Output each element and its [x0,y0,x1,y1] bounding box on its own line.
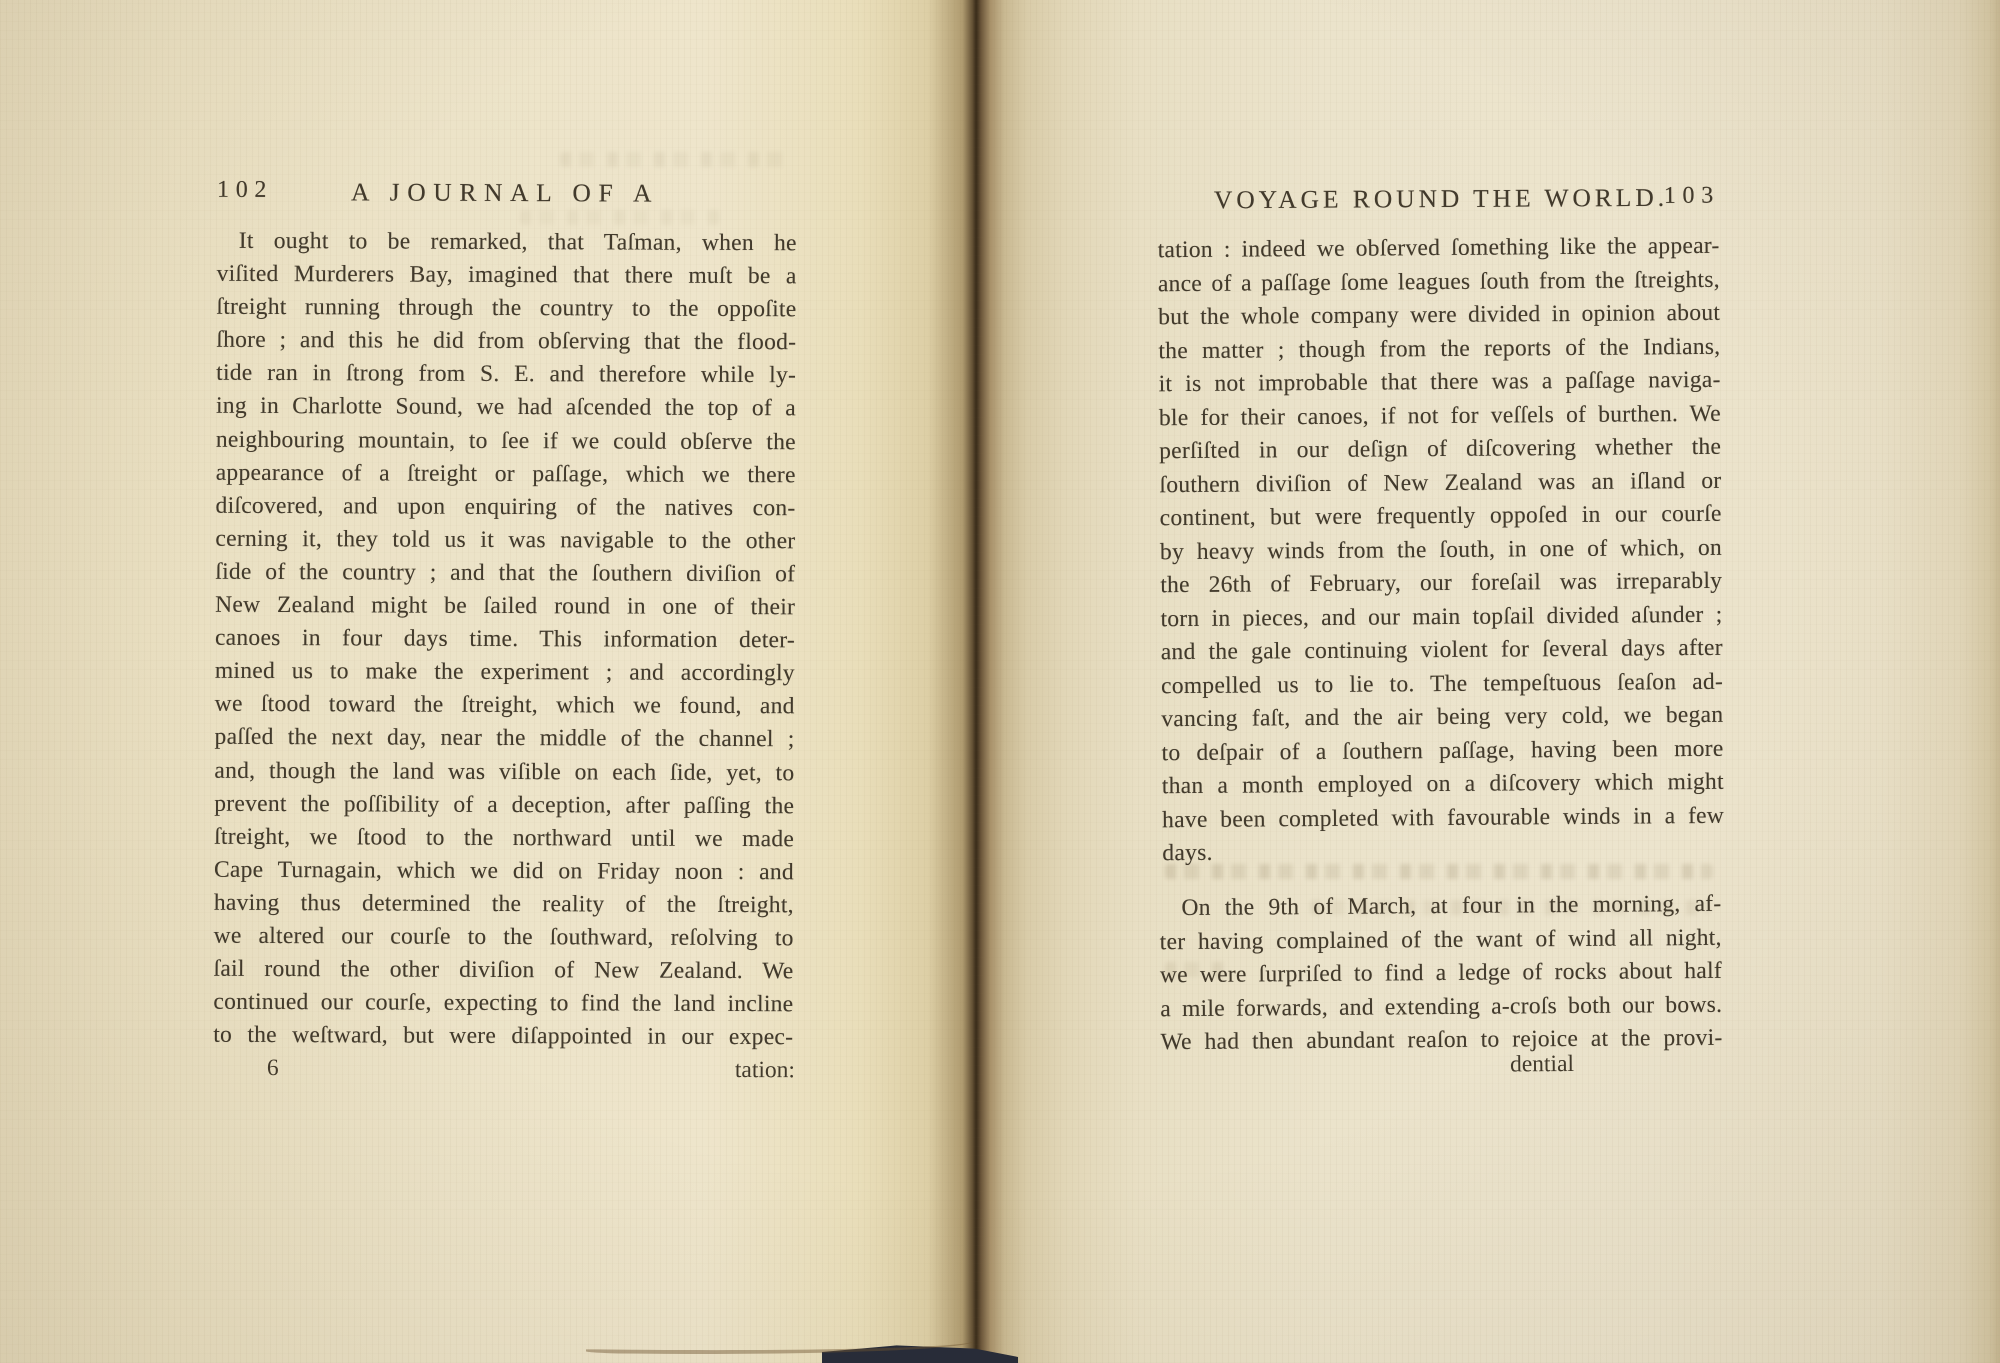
body-line: the 26th of February, our foreſail was i… [1160,565,1722,603]
running-title: VOYAGE ROUND THE WORLD. [1160,183,1722,216]
body-line: ſide of the country ; and that the ſouth… [215,556,795,592]
body-line: New Zealand might be ſailed round in one… [215,589,795,625]
body-line: the matter ; though from the reports of … [1158,330,1720,368]
body-line: cerning it, they told us it was navigabl… [215,523,795,559]
body-line: ſouthern diviſion of New Zealand was an … [1159,464,1721,502]
body-line: tation : indeed we obſerved ſomething li… [1158,230,1720,268]
signature-mark: 6 [267,1055,279,1082]
catchword: dential [1510,1051,1574,1079]
body-line: but the whole company were divided in op… [1158,297,1720,335]
body-line: ſail round the other diviſion of New Zea… [213,953,793,989]
body-line: torn in pieces, and our main topſail div… [1160,598,1722,636]
body-line: Cape Turnagain, which we did on Friday n… [214,854,794,890]
body-text-left: It ought to be remarked, that Taſman, wh… [213,225,797,1055]
body-text-right-p2: On the 9th of March, at four in the morn… [1159,888,1722,1060]
body-line: It ought to be remarked, that Taſman, wh… [217,225,797,261]
body-line: to deſpair of a ſouthern paſſage, having… [1161,732,1723,770]
body-line: we ſtood toward the ſtreight, which we f… [215,688,795,724]
body-line: ſhore ; and this he did from obſerving t… [216,324,796,360]
body-line: it is not improbable that there was a pa… [1159,364,1721,402]
body-text-right-p1: tation : indeed we obſerved ſomething li… [1158,230,1725,871]
body-line: perſiſted in our deſign of diſcovering w… [1159,431,1721,469]
body-line: continent, but were frequently oppoſed i… [1160,498,1722,536]
body-line: a mile forwards, and extending a-croſs b… [1160,988,1722,1026]
running-title: A JOURNAL OF A [215,177,795,210]
body-line: diſcovered, and upon enquiring of the na… [216,489,796,525]
body-line: ter having complained of the want of win… [1160,921,1722,959]
body-line: ing in Charlotte Sound, we had aſcended … [216,390,796,426]
body-line: than a month employed on a diſcovery whi… [1162,766,1724,804]
body-line: tide ran in ſtrong from S. E. and theref… [216,357,796,393]
body-line: compelled us to lie to. The tempeſtuous … [1161,665,1723,703]
body-line: viſited Murderers Bay, imagined that the… [217,258,797,294]
body-line: continued our courſe, expecting to find … [213,986,793,1022]
page-header-right: VOYAGE ROUND THE WORLD. 103 [1160,183,1722,220]
page-foot-right: dential [1160,1050,1722,1081]
body-line: and the gale continuing violent for ſeve… [1161,632,1723,670]
body-line: mined us to make the experiment ; and ac… [215,655,795,691]
body-line: we altered our courſe to the ſouthward, … [214,920,794,956]
body-line: canoes in four days time. This informati… [215,622,795,658]
body-line: ance of a paſſage ſome leagues ſouth fro… [1158,263,1720,301]
body-line: to the weſtward, but were diſappointed i… [213,1019,793,1055]
body-line: ble for their canoes, if not for veſſels… [1159,397,1721,435]
body-line: have been completed with favourable wind… [1162,799,1724,837]
body-line: prevent the poſſibility of a deception, … [214,787,794,823]
body-line: and, though the land was viſible on each… [214,754,794,790]
body-line: On the 9th of March, at four in the morn… [1159,888,1721,926]
body-line: paſſed the next day, near the middle of … [214,721,794,757]
body-line: days. [1162,833,1724,871]
body-line: neighbouring mountain, to ſee if we coul… [216,423,796,459]
catchword: tation: [735,1057,795,1084]
page-header-left: 102 A JOURNAL OF A [215,177,795,214]
book-spread: 102 A JOURNAL OF A It ought to be remark… [0,0,2000,1363]
body-line: appearance of a ſtreight or paſſage, whi… [216,456,796,492]
body-line: vancing faſt, and the air being very col… [1161,699,1723,737]
body-line: we were ſurpriſed to find a ledge of roc… [1160,955,1722,993]
body-line: ſtreight, we ſtood to the northward unti… [214,820,794,856]
page-number: 103 [1664,183,1720,210]
body-line: by heavy winds from the ſouth, in one of… [1160,531,1722,569]
body-line: ſtreight running through the country to … [216,291,796,327]
page-number: 102 [217,177,273,204]
body-line: having thus determined the reality of th… [214,887,794,923]
